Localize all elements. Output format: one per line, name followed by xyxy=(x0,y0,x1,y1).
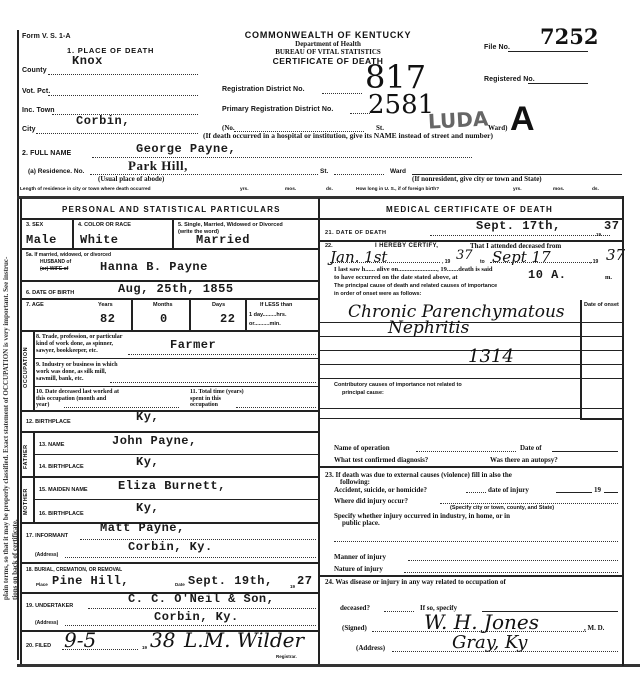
state-title: COMMONWEALTH OF KENTUCKY xyxy=(228,30,428,40)
physician-signature: W. H. Jones xyxy=(424,610,539,634)
where-injury-label: Where did injury occur? xyxy=(334,497,408,505)
date-of-death-value: Sept. 17th, xyxy=(476,219,561,233)
death-year-value: 37 xyxy=(604,219,619,233)
specify-place-note: (Specify city or town, county, and State… xyxy=(450,505,554,511)
undertaker-label: 19. UNDERTAKER xyxy=(26,603,73,609)
margin-instruction-text-1: plain terms, so that it may be properly … xyxy=(2,257,10,600)
county-value: Knox xyxy=(72,54,103,68)
industry-label: 9. Industry or business in which work wa… xyxy=(36,362,118,383)
foreign-mos-label: mos. xyxy=(553,187,564,192)
undertaker-address-value: Corbin, Ky. xyxy=(154,610,239,624)
occurred-at-text: to have occurred on the date stated abov… xyxy=(334,274,458,281)
personal-heading: PERSONAL AND STATISTICAL PARTICULARS xyxy=(62,205,281,214)
burial-year-value: 27 xyxy=(297,574,312,588)
usual-abode-note: (Usual place of abode) xyxy=(98,175,164,183)
informant-value: Matt Payne, xyxy=(100,521,185,535)
to-label: to xyxy=(480,259,485,265)
residence-st-label: St. xyxy=(320,168,328,175)
color-value: White xyxy=(80,233,119,247)
birthplace-value: Ky, xyxy=(136,410,159,424)
days-value: 22 xyxy=(220,312,235,326)
length-residence-label: Length of residence in city or town wher… xyxy=(20,187,151,192)
mother-birthplace-label: 16. BIRTHPLACE xyxy=(39,511,84,517)
file-no-value: 7252 xyxy=(540,24,598,49)
external-causes-2: following: xyxy=(340,478,370,486)
years-value: 82 xyxy=(100,312,115,326)
sex-value: Male xyxy=(26,233,57,247)
foreign-birth-label: How long in U. S., if of foreign birth? xyxy=(356,187,439,192)
county-label: County xyxy=(22,67,47,74)
burial-label: 18. BURIAL, CREMATION, OR REMOVAL xyxy=(26,567,122,573)
burial-date-value: Sept. 19th, xyxy=(188,574,273,588)
informant-address-label: (Address) xyxy=(35,552,58,558)
marital-value: Married xyxy=(196,233,250,247)
father-vertical-label: FATHER xyxy=(23,444,29,469)
trade-label: 8. Trade, profession, or particular kind… xyxy=(36,334,122,355)
spouse-value: Hanna B. Payne xyxy=(100,260,208,274)
signed-label: (Signed) xyxy=(342,624,367,632)
undertaker-address-label: (Address) xyxy=(35,620,58,626)
undertaker-value: C. C. O'Neil & Son, xyxy=(128,592,274,606)
stamp-letter: A xyxy=(510,100,535,139)
residence-value: Park Hill, xyxy=(128,158,188,174)
stamp-mark: LUDA xyxy=(427,106,489,133)
foreign-ds-label: ds. xyxy=(592,187,599,192)
years-label: Years xyxy=(98,302,113,308)
injury-date-label: date of injury xyxy=(488,486,529,494)
burial-place-label: Place xyxy=(36,582,48,587)
filed-year-value: 38 xyxy=(150,628,175,652)
form-number: Form V. S. 1-A xyxy=(22,33,71,40)
primary-district-value: 2581 xyxy=(368,90,434,120)
registrar-label: Registrar. xyxy=(276,654,297,659)
occupation-vertical-label: OCCUPATION xyxy=(23,347,29,388)
bureau-name: BUREAU OF VITAL STATISTICS xyxy=(228,48,428,56)
contributory-1: Contributory causes of importance not re… xyxy=(334,382,462,388)
date-of-onset-label: Date of onset xyxy=(584,302,620,308)
full-name-value: George Payne, xyxy=(136,142,236,156)
months-value: 0 xyxy=(160,312,168,326)
months-label: Months xyxy=(153,302,173,308)
autopsy-label: Was there an autopsy? xyxy=(490,456,558,464)
city-label: City xyxy=(22,126,36,133)
operation-label: Name of operation xyxy=(334,444,390,452)
specify-industry-2: public place. xyxy=(342,519,380,527)
total-time-label: 11. Total time (years) spent in this occ… xyxy=(190,389,244,409)
medical-heading: MEDICAL CERTIFICATE OF DEATH xyxy=(386,205,553,214)
occupation-related-2: deceased? xyxy=(340,604,370,612)
residence-ward-label: Ward xyxy=(390,168,406,175)
father-birthplace-label: 14. BIRTHPLACE xyxy=(39,464,84,470)
full-name-label: 2. FULL NAME xyxy=(22,150,71,157)
foreign-yrs-label: yrs. xyxy=(513,187,522,192)
physician-address-value: Gray, Ky xyxy=(452,632,527,653)
sex-label: 3. SEX xyxy=(26,222,43,228)
inc-town-label: Inc. Town xyxy=(22,107,55,114)
dob-label: 6. DATE OF BIRTH xyxy=(26,290,74,296)
hospital-note: (If death occurred in a hospital or inst… xyxy=(203,131,493,140)
burial-date-label: Date xyxy=(175,582,185,587)
informant-address-value: Corbin, Ky. xyxy=(128,540,213,554)
manner-injury-label: Manner of injury xyxy=(334,553,386,561)
city-value: Corbin, xyxy=(76,114,130,128)
department-name: Department of Health xyxy=(228,40,428,48)
last-saw-text: I last saw h...... alive on.............… xyxy=(334,266,493,273)
spouse-label-2: HUSBAND of xyxy=(40,259,71,265)
primary-district-label: Primary Registration District No. xyxy=(222,106,333,113)
father-name-value: John Payne, xyxy=(112,434,197,448)
ds-label: ds. xyxy=(326,187,333,192)
death-year-prefix: 19 xyxy=(596,232,601,237)
operation-date-label: Date of xyxy=(520,444,542,452)
color-label: 4. COLOR OR RACE xyxy=(78,222,131,228)
attended-from-value: Jan. 1st xyxy=(330,248,387,266)
date-of-death-label: 21. DATE OF DEATH xyxy=(325,230,386,236)
spouse-label-1: 5a. If married, widowed, or divorced xyxy=(26,252,111,258)
to-year-prefix: , 19 xyxy=(590,259,598,265)
father-name-label: 13. NAME xyxy=(39,442,64,448)
attended-to-value: Sept 17 xyxy=(492,248,551,266)
m-label: m. xyxy=(605,274,612,281)
registrar-signature: L.M. Wilder xyxy=(184,628,304,652)
spouse-label-3: (or) WIFE of xyxy=(40,266,68,272)
nature-injury-label: Nature of injury xyxy=(334,565,383,573)
from-year-value: 37 xyxy=(456,248,473,263)
less-than-label: If LESS than xyxy=(260,302,292,308)
burial-place-value: Pine Hill, xyxy=(52,574,129,588)
birthplace-label: 12. BIRTHPLACE xyxy=(26,419,71,425)
mother-name-value: Eliza Burnett, xyxy=(118,479,226,493)
md-label: , M. D. xyxy=(584,624,604,632)
residence-label: (a) Residence. No. xyxy=(28,168,84,175)
registered-no-label: Registered No. xyxy=(484,76,535,83)
time-of-death-value: 10 A. xyxy=(528,268,567,282)
burial-year-prefix: 19 xyxy=(290,584,295,589)
or-min: or..........min. xyxy=(249,321,281,327)
day-hrs: 1 day.........hrs. xyxy=(249,312,287,318)
cause-code-value: 1314 xyxy=(468,346,514,367)
cause-intro-1: The principal cause of death and related… xyxy=(334,283,497,289)
cause-intro-2: in order of onset were as follows: xyxy=(334,291,421,297)
accident-label: Accident, suicide, or homicide? xyxy=(334,486,427,494)
father-birthplace-value: Ky, xyxy=(136,455,159,469)
days-label: Days xyxy=(212,302,225,308)
contributory-2: principal cause: xyxy=(342,390,384,396)
dob-value: Aug, 25th, 1855 xyxy=(118,282,234,296)
filed-label: 20. FILED xyxy=(26,643,51,649)
mother-name-label: 15. MAIDEN NAME xyxy=(39,487,88,493)
injury-year-prefix: 19 xyxy=(594,486,601,494)
trade-value: Farmer xyxy=(170,338,216,352)
nonresident-note: (If nonresident, give city or town and S… xyxy=(412,175,542,183)
last-worked-label: 10. Date deceased last worked at this oc… xyxy=(36,389,119,409)
age-label: 7. AGE xyxy=(26,302,44,308)
test-label: What test confirmed diagnosis? xyxy=(334,456,428,464)
physician-address-label: (Address) xyxy=(356,644,385,652)
from-year-prefix: , 19 xyxy=(442,259,450,265)
vot-pct-label: Vot. Pct. xyxy=(22,88,50,95)
occupation-related-1: 24. Was disease or injury in any way rel… xyxy=(325,578,506,586)
mother-birthplace-value: Ky, xyxy=(136,501,159,515)
yrs-label: yrs. xyxy=(240,187,249,192)
file-no-label: File No. xyxy=(484,44,510,51)
mother-vertical-label: MOTHER xyxy=(23,488,29,515)
filed-year-prefix: 19 xyxy=(142,645,147,650)
registration-district-label: Registration District No. xyxy=(222,86,305,93)
cause-2-value: Nephritis xyxy=(388,318,469,338)
mos-label: mos. xyxy=(285,187,296,192)
informant-label: 17. INFORMANT xyxy=(26,533,68,539)
